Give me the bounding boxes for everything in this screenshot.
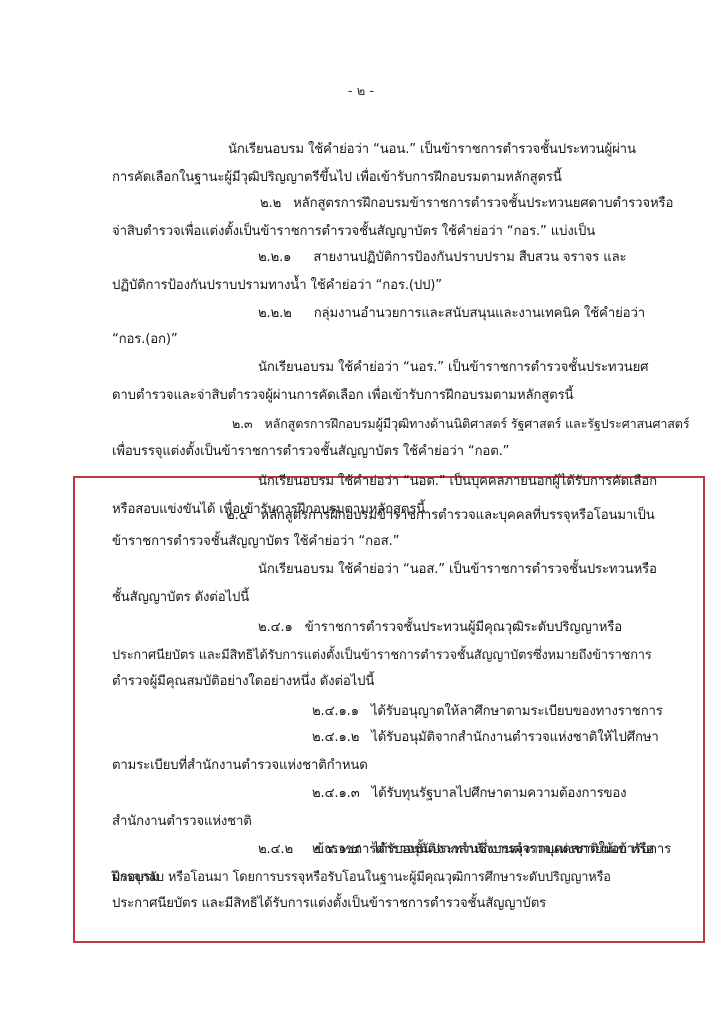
paragraph-line: ประกาศนียบัตร และมีสิทธิได้รับการแต่งตั้… [112, 646, 652, 666]
paragraph-line: นักเรียนอบรม ใช้คำย่อว่า “นอส.” เป็นข้าร… [258, 560, 657, 580]
paragraph-line: การคัดเลือกในฐานะผู้มีวุฒิปริญญาตรีขึ้นไ… [112, 168, 562, 188]
section-heading-2-4-1: ๒.๔.๑ข้าราชการตำรวจชั้นประทวนผู้มีคุณวุฒ… [258, 618, 622, 638]
paragraph-line: ตามระเบียบที่สำนักงานตำรวจแห่งชาติกำหนด [112, 756, 368, 776]
section-heading-2-4-1-1: ๒.๔.๑.๑ได้รับอนุญาตให้ลาศึกษาตามระเบียบข… [312, 702, 663, 722]
section-heading-2-3: ๒.๓หลักสูตรการฝึกอบรมผู้มีวุฒิทางด้านนิต… [232, 414, 689, 434]
paragraph-line: สำนักงานตำรวจแห่งชาติ [112, 812, 252, 832]
section-heading-2-4-1-3: ๒.๔.๑.๓ได้รับทุนรัฐบาลไปศึกษาตามความต้อง… [312, 784, 626, 804]
paragraph-line: จ่าสิบตำรวจเพื่อแต่งตั้งเป็นข้าราชการตำร… [112, 222, 595, 242]
section-heading-2-2: ๒.๒หลักสูตรการฝึกอบรมข้าราชการตำรวจชั้นป… [260, 194, 673, 214]
paragraph-line: “กอร.(อก)” [112, 330, 178, 350]
paragraph-line: ดาบตำรวจและจ่าสิบตำรวจผู้ผ่านการคัดเลือก… [112, 386, 573, 406]
paragraph-line: นักเรียนอบรม ใช้คำย่อว่า “นอต.” เป็นบุคค… [258, 472, 657, 492]
section-heading-2-4-1-2: ๒.๔.๑.๒ได้รับอนุมัติจากสำนักงานตำรวจแห่ง… [312, 728, 659, 748]
section-heading-2-4: ๒.๔หลักสูตรการฝึกอบรมข้าราชการตำรวจและบุ… [226, 506, 655, 526]
paragraph-line: ปฏิบัติการป้องกันปราบปรามทางน้ำ ใช้คำย่อ… [112, 276, 442, 296]
paragraph-line: นักเรียนอบรม ใช้คำย่อว่า “นอน.” เป็นข้าร… [228, 140, 636, 160]
section-heading-2-2-2: ๒.๒.๒กลุ่มงานอำนวยการและสนับสนุนและงานเท… [258, 304, 645, 324]
paragraph-line: บรรจุกลับ หรือโอนมา โดยการบรรจุหรือรับโอ… [112, 868, 611, 888]
page-number: - ๒ - [0, 80, 722, 101]
paragraph-line: เพื่อบรรจุแต่งตั้งเป็นข้าราชการตำรวจชั้น… [112, 442, 509, 462]
paragraph-line: ข้าราชการตำรวจชั้นสัญญาบัตร ใช้คำย่อว่า … [112, 532, 399, 552]
paragraph-line: นักเรียนอบรม ใช้คำย่อว่า “นอร.” เป็นข้าร… [258, 358, 648, 378]
paragraph-line: ประกาศนียบัตร และมีสิทธิได้รับการแต่งตั้… [112, 894, 546, 914]
section-heading-2-2-1: ๒.๒.๑สายงานปฏิบัติการป้องกันปราบปราม สืบ… [258, 248, 626, 268]
paragraph-line: ชั้นสัญญาบัตร ดังต่อไปนี้ [112, 588, 249, 608]
paragraph-line: ตำรวจผู้มีคุณสมบัติอย่างใดอย่างหนึ่ง ดัง… [112, 672, 374, 692]
section-heading-2-4-2: ๒.๔.๒ข้าราชการตำรวจชั้นประทวนซึ่งบรรจุจา… [258, 840, 654, 860]
